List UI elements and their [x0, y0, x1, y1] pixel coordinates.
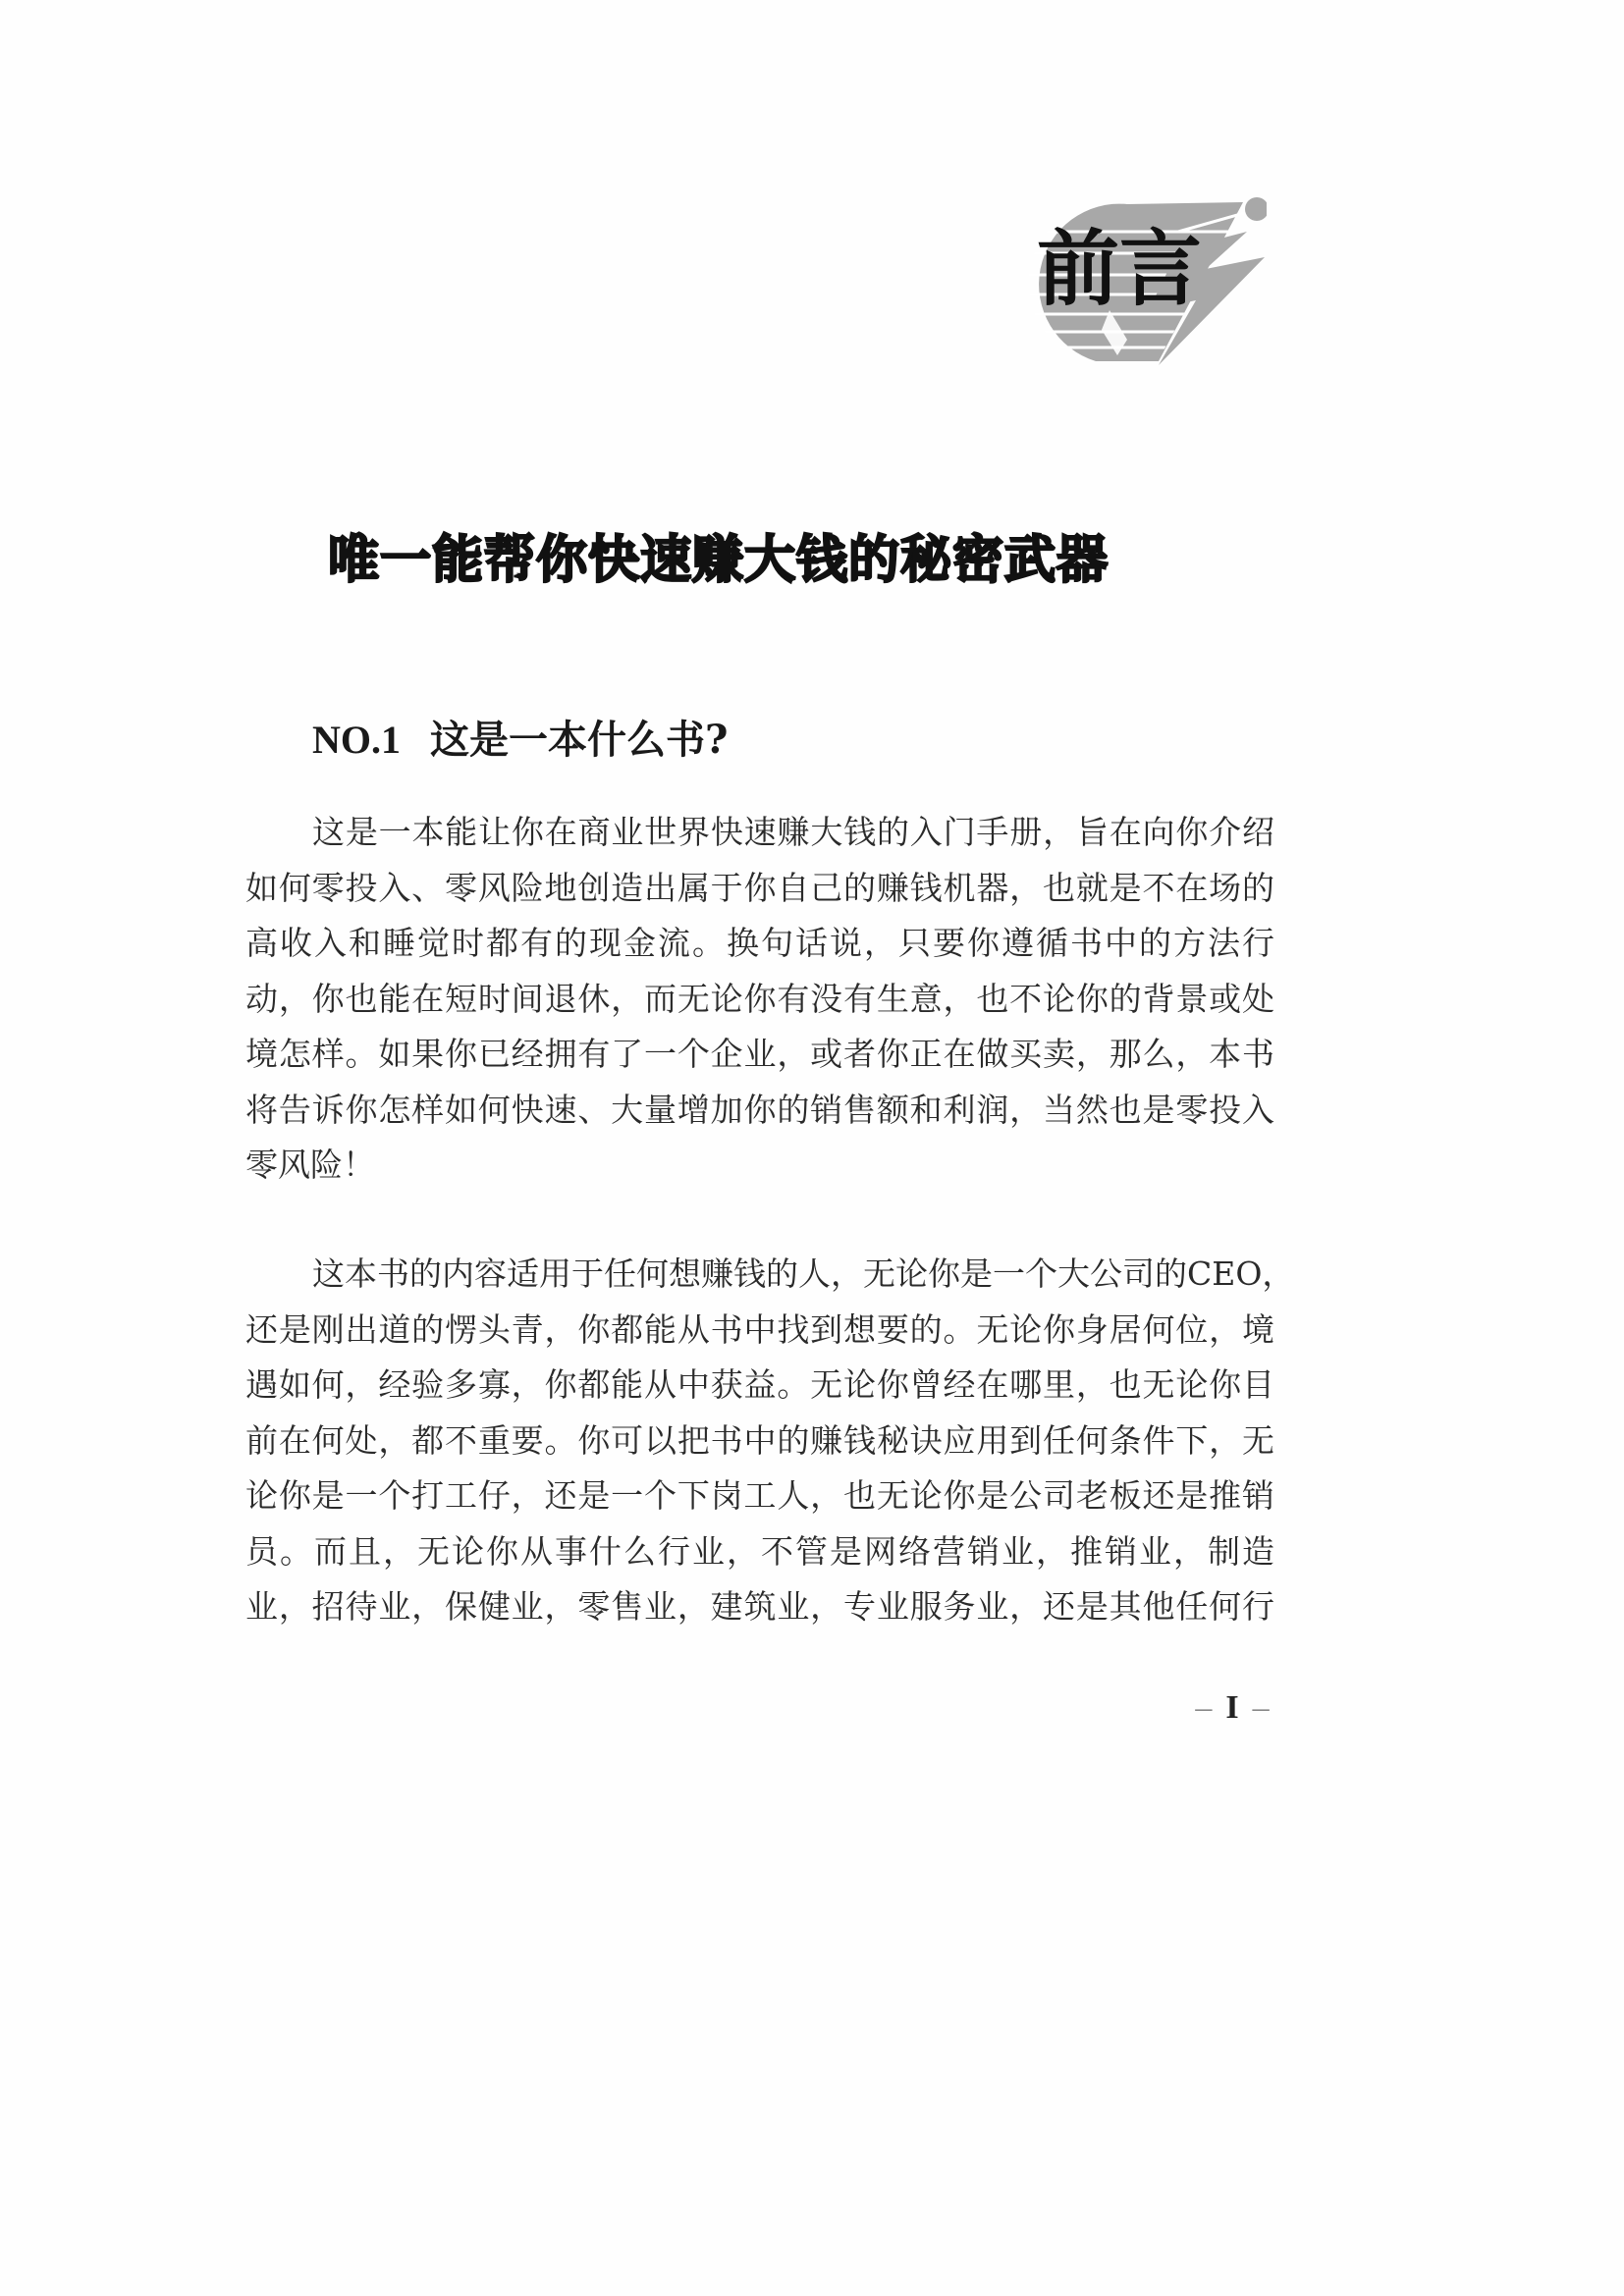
text-line: 遇如何，经验多寡，你都能从中获益。无论你曾经在哪里，也无论你目 [245, 1358, 1274, 1414]
text-line: 境怎样。如果你已经拥有了一个企业，或者你正在做买卖，那么，本书 [245, 1027, 1274, 1083]
text-line: 将告诉你怎样如何快速、大量增加你的销售额和利润，当然也是零投入 [245, 1083, 1274, 1139]
paragraph: 这本书的内容适用于任何想赚钱的人，无论你是一个大公司的CEO， 还是刚出道的愣头… [245, 1247, 1274, 1635]
text-line: 员。而且，无论你从事什么行业，不管是网络营销业，推销业，制造 [245, 1524, 1274, 1580]
text-line: 如何零投入、零风险地创造出属于你自己的赚钱机器，也就是不在场的 [245, 861, 1274, 917]
page-title: 唯一能帮你快速赚大钱的秘密武器 [328, 526, 1212, 595]
text-line: 这本书的内容适用于任何想赚钱的人，无论你是一个大公司的CEO， [245, 1247, 1274, 1303]
text-line: 动，你也能在短时间退休，而无论你有没有生意，也不论你的背景或处 [245, 972, 1274, 1028]
chapter-label: 前言 [1037, 220, 1202, 318]
page-number: –I– [1178, 1688, 1286, 1728]
text-line: 高收入和睡觉时都有的现金流。换句话说，只要你遵循书中的方法行 [245, 916, 1274, 972]
page-number-dash-left: – [1195, 1689, 1212, 1726]
text-line: 前在何处，都不重要。你可以把书中的赚钱秘诀应用到任何条件下，无 [245, 1414, 1274, 1469]
text-line: 零风险！ [245, 1138, 1274, 1194]
paragraph: 这是一本能让你在商业世界快速赚大钱的入门手册，旨在向你介绍 如何零投入、零风险地… [245, 805, 1274, 1194]
text-line: 业，招待业，保健业，零售业，建筑业，专业服务业，还是其他任何行 [245, 1579, 1274, 1635]
text-line: 论你是一个打工仔，还是一个下岗工人，也无论你是公司老板还是推销 [245, 1468, 1274, 1524]
chapter-emblem: 前言 [1011, 192, 1267, 379]
section-heading: NO.1这是一本什么书? [312, 711, 728, 770]
text-line: 还是刚出道的愣头青，你都能从书中找到想要的。无论你身居何位，境 [245, 1303, 1274, 1359]
page-number-value: I [1225, 1689, 1238, 1726]
page-number-dash-right: – [1253, 1689, 1270, 1726]
section-number: NO.1 [312, 718, 401, 762]
text-line: 这是一本能让你在商业世界快速赚大钱的入门手册，旨在向你介绍 [245, 805, 1274, 861]
document-page: 前言 唯一能帮你快速赚大钱的秘密武器 NO.1这是一本什么书? 这是一本能让你在… [0, 0, 1624, 2296]
section-title: 这是一本什么书? [430, 717, 728, 763]
